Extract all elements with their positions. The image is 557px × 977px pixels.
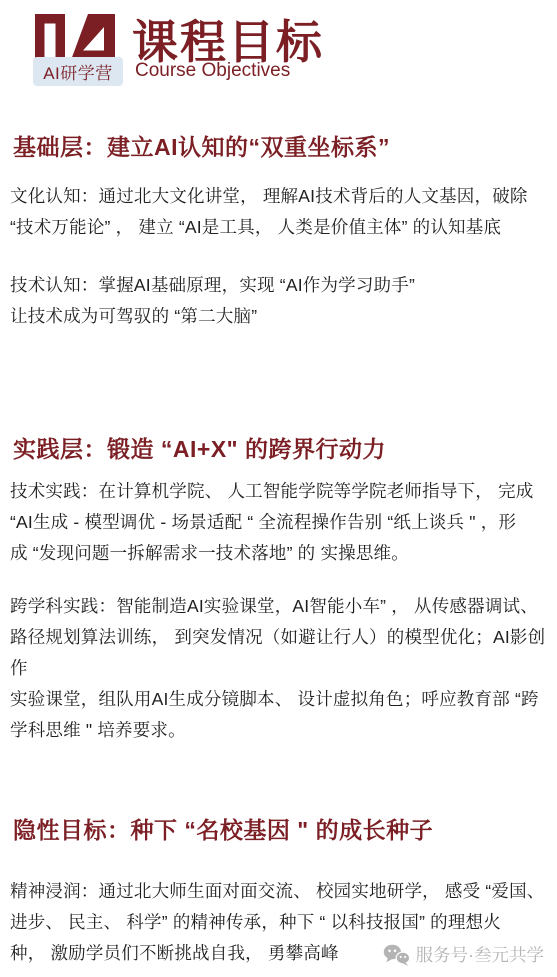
paragraph-technical-practice: 技术实践：在计算机学院、 人工智能学院等学院老师指导下， 完成 “AI生成 - … xyxy=(10,476,552,569)
paragraph-cultural-cognition: 文化认知：通过北大文化讲堂， 理解AI技术背后的人文基因，破除 “技术万能论” … xyxy=(10,181,552,243)
section-number-04-icon xyxy=(35,14,115,60)
section-heading-hidden-goal: 隐性目标：种下 “名校基因 " 的成长种子 xyxy=(13,815,433,845)
wechat-service-account-icon xyxy=(383,943,410,967)
section-heading-foundation: 基础层：建立AI认知的“双重坐标系” xyxy=(13,132,390,162)
paragraph-interdisciplinary-practice: 跨学科实践：智能制造AI实验课堂，AI智能小车” ， 从传感器调试、 路径规划算… xyxy=(10,591,552,746)
watermark-text: 服务号·叁元共学 xyxy=(416,942,544,967)
page-subtitle: Course Objectives xyxy=(135,59,290,83)
slide-page: AI研学营 课程目标 Course Objectives 基础层：建立AI认知的… xyxy=(0,0,557,977)
camp-badge-label: AI研学营 xyxy=(43,59,113,84)
camp-badge: AI研学营 xyxy=(33,57,123,86)
section-heading-practice: 实践层：锻造 “AI+X" 的跨界行动力 xyxy=(13,434,386,464)
watermark: 服务号·叁元共学 xyxy=(383,941,544,967)
paragraph-technical-cognition: 技术认知：掌握AI基础原理，实现 “AI作为学习助手” 让技术成为可驾驭的 “第… xyxy=(10,270,552,332)
